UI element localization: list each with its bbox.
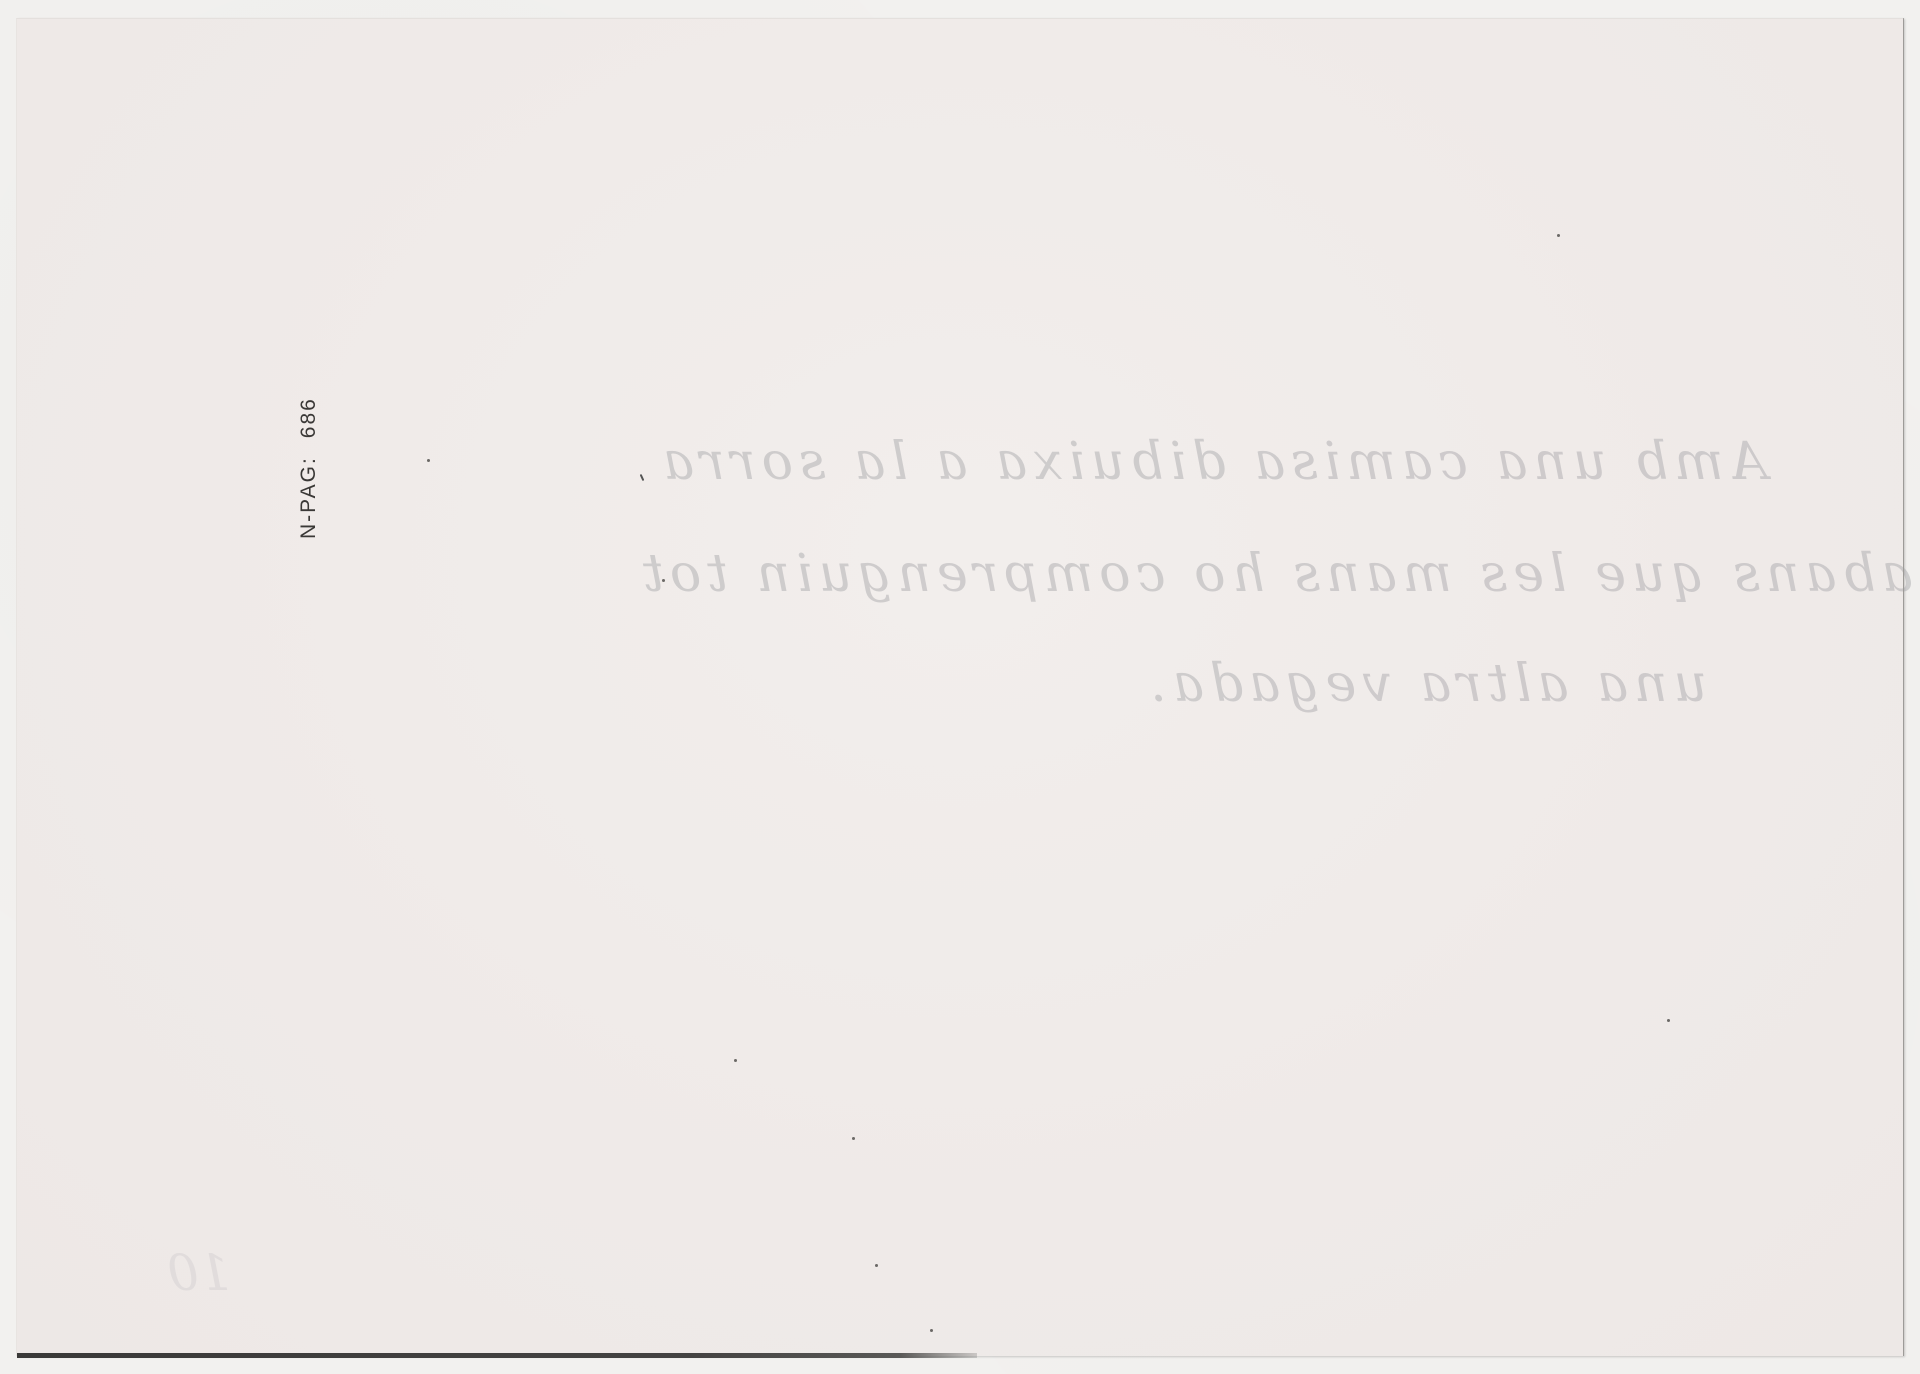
dust-speck <box>734 1059 737 1062</box>
faint-page-number: 10 <box>167 1244 231 1302</box>
dust-speck <box>930 1329 933 1332</box>
dust-speck <box>1667 1019 1670 1022</box>
bottom-edge-strip <box>17 1353 977 1358</box>
dust-speck <box>662 579 665 582</box>
handwriting-line-3: una altra vegada. <box>1144 654 1707 714</box>
paper-sheet: N-PAG:686 Amb una camisa dibuixa a la so… <box>16 18 1903 1356</box>
dust-speck <box>1557 234 1560 237</box>
dust-speck <box>875 1264 878 1267</box>
page-number-stamp: N-PAG:686 <box>297 397 321 539</box>
show-through-handwriting: Amb una camisa dibuixa a la sorra abans … <box>617 414 1717 754</box>
dust-speck <box>852 1137 855 1140</box>
stamp-value: 686 <box>297 397 320 438</box>
handwriting-line-1: Amb una camisa dibuixa a la sorra <box>657 432 1767 492</box>
stamp-label: N-PAG: <box>297 456 320 539</box>
handwriting-line-2: abans que les mans ho comprenguin tot <box>637 544 1913 604</box>
dust-speck <box>427 459 430 462</box>
